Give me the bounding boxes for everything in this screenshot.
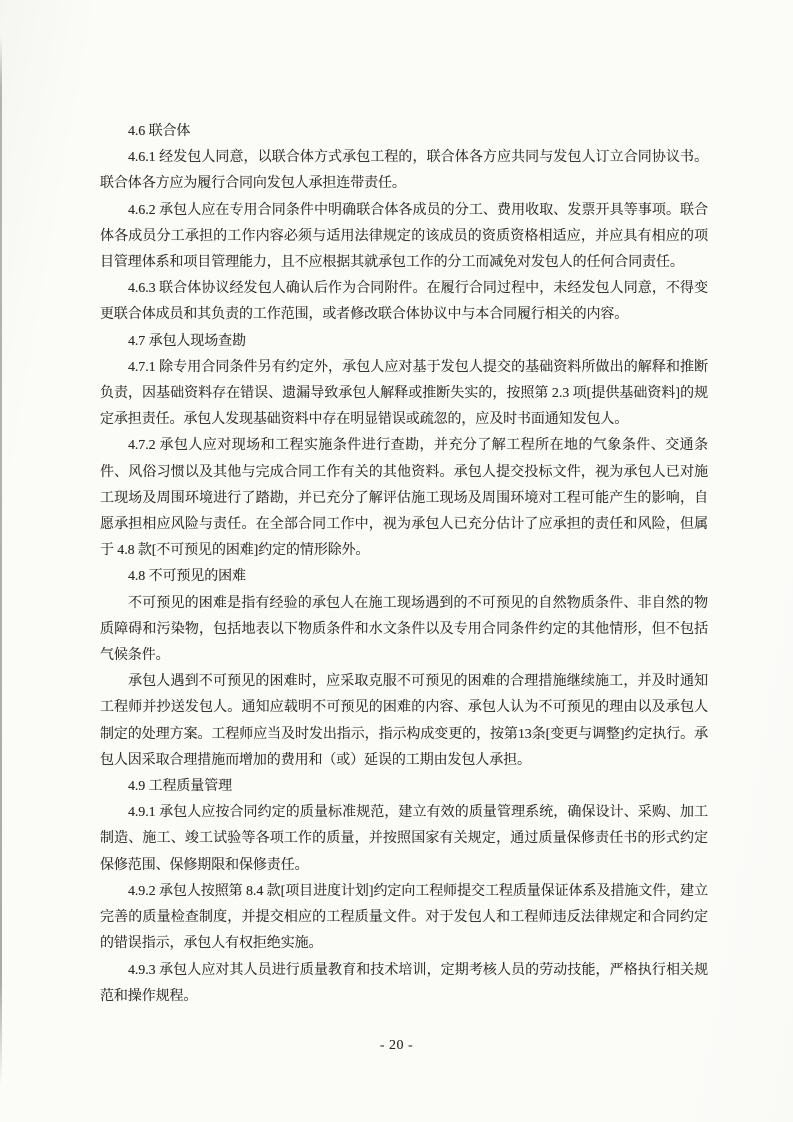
clause-4-6-1-paragraph: 4.6.1 经发包人同意，以联合体方式承包工程的，联合体各方应共同与发包人订立合…	[100, 145, 708, 197]
clause-4-8-heading: 4.8 不可预见的困难	[100, 564, 708, 590]
clause-4-7-1-paragraph: 4.7.1 除专用合同条件另有约定外，承包人应对基于发包人提交的基础资料所做出的…	[100, 355, 708, 434]
clause-4-9-3-paragraph: 4.9.3 承包人应对其人员进行质量教育和技术培训，定期考核人员的劳动技能，严格…	[100, 958, 708, 1010]
clause-4-8-definition-paragraph: 不可预见的困难是指有经验的承包人在施工现场遇到的不可预见的自然物质条件、非自然的…	[100, 591, 708, 670]
clause-4-8-procedure-paragraph: 承包人遇到不可预见的困难时，应采取克服不可预见的困难的合理措施继续施工，并及时通…	[100, 669, 708, 774]
clause-4-6-heading: 4.6 联合体	[100, 119, 708, 145]
clause-4-6-3-paragraph: 4.6.3 联合体协议经发包人确认后作为合同附件。在履行合同过程中，未经发包人同…	[100, 276, 708, 328]
clause-4-7-2-paragraph: 4.7.2 承包人应对现场和工程实施条件进行查勘，并充分了解工程所在地的气象条件…	[100, 433, 708, 564]
page-number: - 20 -	[0, 1038, 793, 1054]
clause-4-9-2-paragraph: 4.9.2 承包人按照第 8.4 款[项目进度计划]约定向工程师提交工程质量保证…	[100, 879, 708, 958]
clause-4-9-1-paragraph: 4.9.1 承包人应按合同约定的质量标准规范，建立有效的质量管理系统，确保设计、…	[100, 800, 708, 879]
clause-4-6-2-paragraph: 4.6.2 承包人应在专用合同条件中明确联合体各成员的分工、费用收取、发票开具等…	[100, 198, 708, 277]
scan-edge-artifact	[0, 36, 2, 1086]
contract-text-block: 4.6 联合体4.6.1 经发包人同意，以联合体方式承包工程的，联合体各方应共同…	[100, 119, 708, 1010]
clause-4-9-heading: 4.9 工程质量管理	[100, 774, 708, 800]
clause-4-7-heading: 4.7 承包人现场查勘	[100, 329, 708, 355]
document-page: 4.6 联合体4.6.1 经发包人同意，以联合体方式承包工程的，联合体各方应共同…	[0, 0, 793, 1122]
